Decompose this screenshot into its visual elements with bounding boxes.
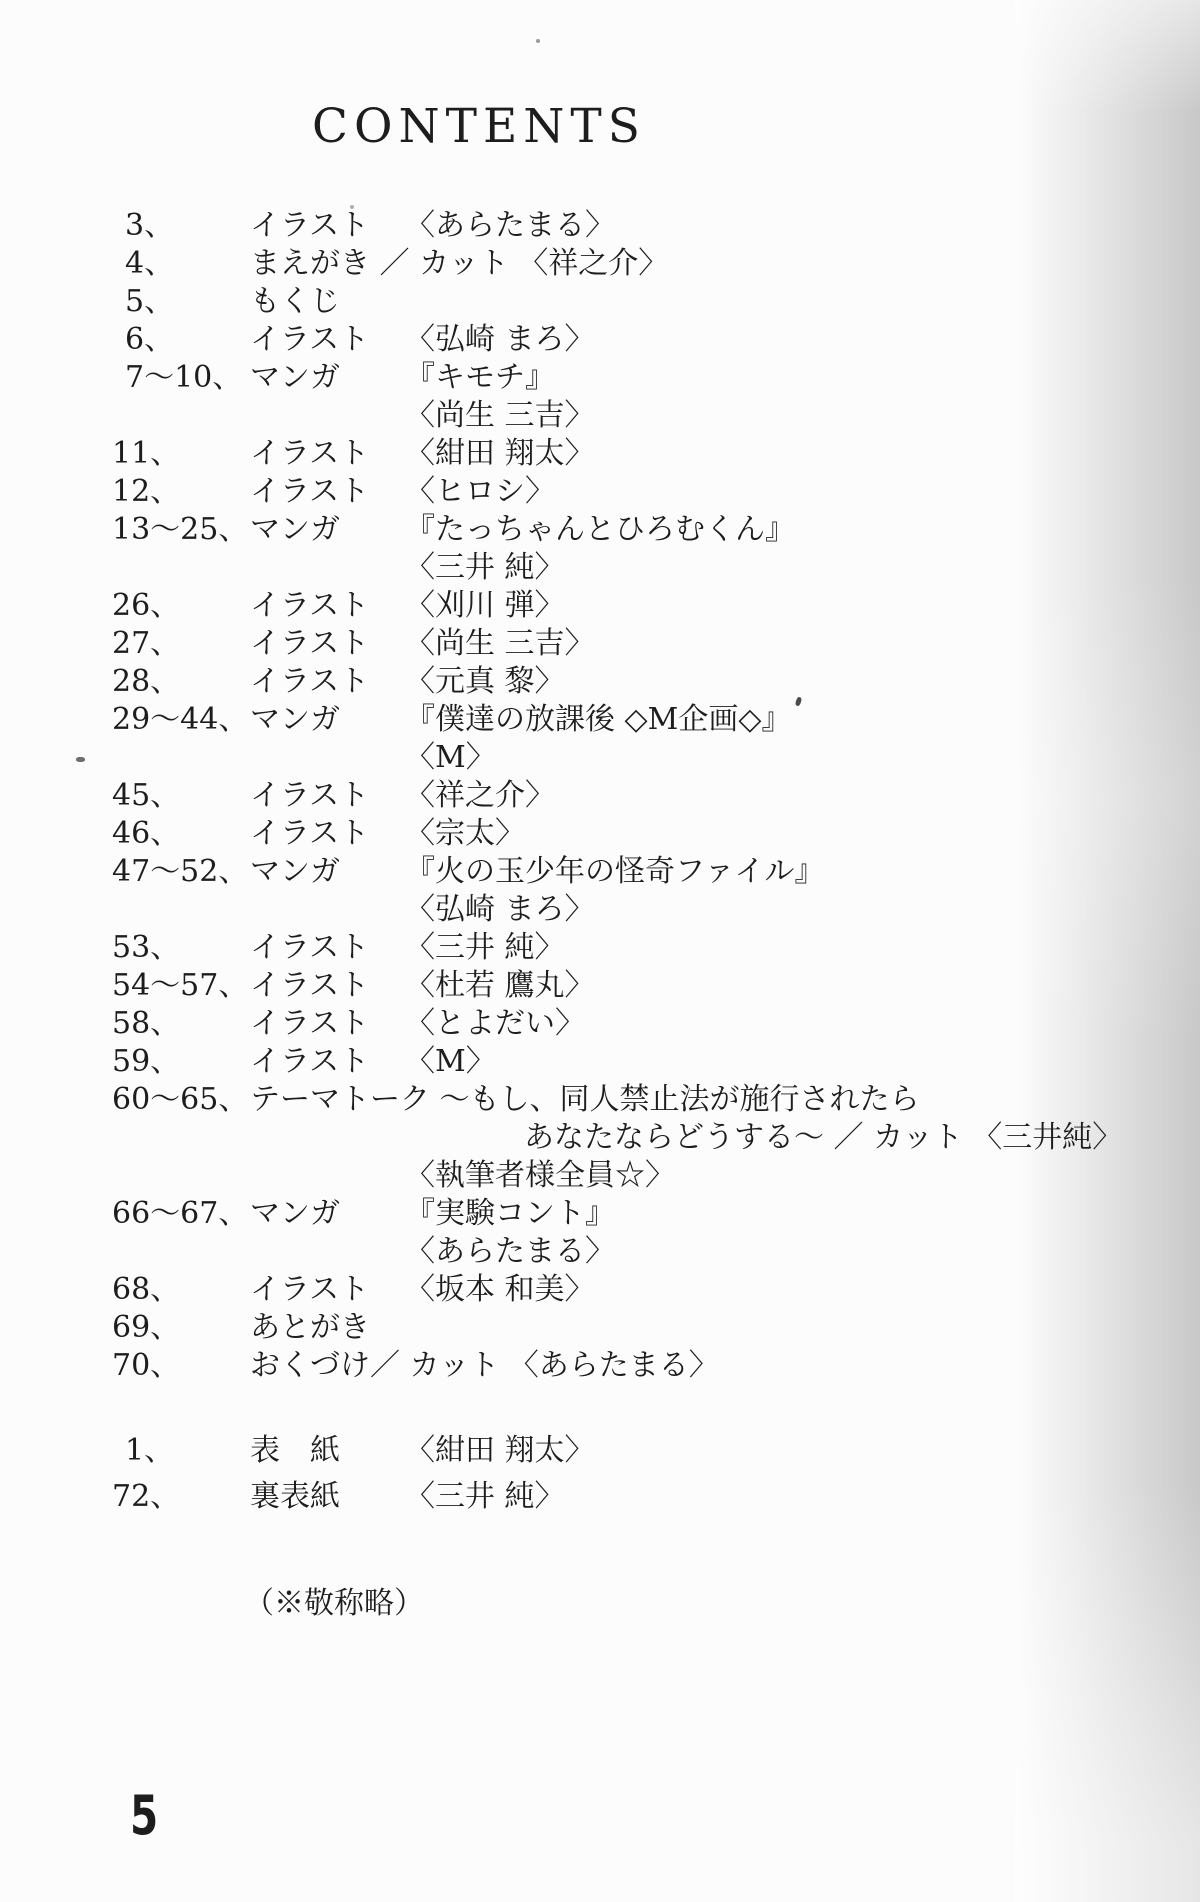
toc-entry-category: イラスト (250, 587, 405, 625)
toc-entry-title: 〈宗太〉 (405, 816, 525, 851)
toc-continuation-text: 〈尚生 三吉〉 (405, 398, 595, 433)
toc-row: 27、イラスト〈尚生 三吉〉 (0, 625, 1200, 663)
toc-entry-title: 〈刈川 弾〉 (405, 588, 565, 623)
toc-entry-category: マンガ (250, 1195, 405, 1233)
toc-entry-category: マンガ (250, 511, 405, 549)
toc-row: 45、イラスト〈祥之介〉 (0, 777, 1200, 815)
toc-entry-number: 6、 (112, 321, 250, 359)
toc-entry-number: 60〜65、 (112, 1081, 250, 1119)
toc-entry-category: マンガ (250, 359, 405, 397)
toc-row: 6、イラスト〈弘崎 まろ〉 (0, 321, 1200, 359)
toc-entry-body: おくづけ／ カット 〈あらたまる〉 (250, 1348, 719, 1383)
toc-entry-category: イラスト (250, 473, 405, 511)
toc-entry-category: イラスト (250, 929, 405, 967)
toc-list: 3、イラスト〈あらたまる〉4、まえがき ／ カット 〈祥之介〉5、もくじ6、イラ… (0, 207, 1200, 1385)
toc-page: CONTENTS 3、イラスト〈あらたまる〉4、まえがき ／ カット 〈祥之介〉… (0, 0, 1200, 1902)
toc-entry-number: 72、 (112, 1474, 250, 1520)
toc-row: 3、イラスト〈あらたまる〉 (0, 207, 1200, 245)
toc-row: 58、イラスト〈とよだい〉 (0, 1005, 1200, 1043)
toc-entry-title: 〈尚生 三吉〉 (405, 626, 595, 661)
toc-entry-title: 『キモチ』 (405, 360, 555, 395)
toc-entry-number: 47〜52、 (112, 853, 250, 891)
toc-row: 66〜67、マンガ『実験コント』 (0, 1195, 1200, 1233)
toc-entry-number: 45、 (112, 777, 250, 815)
toc-entry-title: 〈弘崎 まろ〉 (405, 322, 595, 357)
toc-entry-category: イラスト (250, 1005, 405, 1043)
toc-entry-number: 54〜57、 (112, 967, 250, 1005)
toc-entry-category: イラスト (250, 663, 405, 701)
toc-row: 70、おくづけ／ カット 〈あらたまる〉 (0, 1347, 1200, 1385)
toc-continuation-row: 〈執筆者様全員☆〉 (0, 1157, 1200, 1195)
toc-entry-number: 28、 (112, 663, 250, 701)
toc-row: 29〜44、マンガ『僕達の放課後 ◇M企画◇』 (0, 701, 1200, 739)
toc-row: 69、あとがき (0, 1309, 1200, 1347)
toc-entry-category: マンガ (250, 701, 405, 739)
toc-entry-title: 〈M〉 (405, 1044, 496, 1079)
toc-entry-title: 『僕達の放課後 ◇M企画◇』 (405, 702, 791, 737)
toc-row: 59、イラスト〈M〉 (0, 1043, 1200, 1081)
toc-entry-title: 〈三井 純〉 (405, 1479, 565, 1514)
toc-row: 28、イラスト〈元真 黎〉 (0, 663, 1200, 701)
page-title: CONTENTS (312, 100, 646, 154)
toc-entry-title: 『実験コント』 (405, 1196, 615, 1231)
toc-entry-category: イラスト (250, 435, 405, 473)
toc-entry-number: 13〜25、 (112, 511, 250, 549)
toc-entry-number: 4、 (112, 245, 250, 283)
toc-continuation-row: 〈三井 純〉 (0, 549, 1200, 587)
toc-row: 53、イラスト〈三井 純〉 (0, 929, 1200, 967)
toc-entry-title: 〈紺田 翔太〉 (405, 1433, 595, 1468)
toc-entry-number: 11、 (112, 435, 250, 473)
toc-continuation-row: 〈弘崎 まろ〉 (0, 891, 1200, 929)
toc-entry-category: イラスト (250, 321, 405, 359)
toc-entry-title: 〈あらたまる〉 (405, 208, 615, 243)
toc-entry-title: 〈三井 純〉 (405, 930, 565, 965)
toc-entry-number: 1、 (112, 1428, 250, 1474)
toc-entry-title: 『火の玉少年の怪奇ファイル』 (405, 854, 824, 889)
toc-continuation-text: 〈三井 純〉 (405, 550, 565, 585)
honorifics-note: （※敬称略） (244, 1578, 424, 1622)
toc-entry-number: 66〜67、 (112, 1195, 250, 1233)
toc-entry-title: 〈元真 黎〉 (405, 664, 565, 699)
toc-row: 46、イラスト〈宗太〉 (0, 815, 1200, 853)
toc-entry-body: まえがき ／ カット 〈祥之介〉 (250, 246, 668, 281)
toc-entry-number: 53、 (112, 929, 250, 967)
toc-entry-category: マンガ (250, 853, 405, 891)
toc-row: 54〜57、イラスト〈杜若 鷹丸〉 (0, 967, 1200, 1005)
toc-row: 5、もくじ (0, 283, 1200, 321)
toc-continuation-text: 〈執筆者様全員☆〉 (405, 1158, 675, 1193)
toc-entry-category: イラスト (250, 207, 405, 245)
toc-row: 7〜10、マンガ『キモチ』 (0, 359, 1200, 397)
toc-entry-number: 46、 (112, 815, 250, 853)
toc-entry-number: 27、 (112, 625, 250, 663)
toc-entry-number: 3、 (112, 207, 250, 245)
toc-entry-number: 29〜44、 (112, 701, 250, 739)
toc-entry-category: イラスト (250, 625, 405, 663)
toc-entry-number: 59、 (112, 1043, 250, 1081)
toc-continuation-row: 〈あらたまる〉 (0, 1233, 1200, 1271)
toc-entry-number: 12、 (112, 473, 250, 511)
toc-continuation-row: あなたならどうする〜 ／ カット 〈三井純〉 (0, 1119, 1200, 1157)
toc-entry-title: 〈ヒロシ〉 (405, 474, 555, 509)
toc-continuation-row: 〈尚生 三吉〉 (0, 397, 1200, 435)
toc-entry-category: 裏表紙 (250, 1474, 405, 1520)
toc-row: 4、まえがき ／ カット 〈祥之介〉 (0, 245, 1200, 283)
page-number: 5 (130, 1789, 158, 1843)
toc-row: 1、表 紙〈紺田 翔太〉 (0, 1428, 1200, 1474)
toc-entry-number: 69、 (112, 1309, 250, 1347)
toc-entry-number: 58、 (112, 1005, 250, 1043)
toc-entry-category: イラスト (250, 967, 405, 1005)
toc-entry-title: 〈紺田 翔太〉 (405, 436, 595, 471)
toc-entry-title: 〈坂本 和美〉 (405, 1272, 595, 1307)
toc-row: 12、イラスト〈ヒロシ〉 (0, 473, 1200, 511)
toc-continuation-text: 〈M〉 (405, 740, 496, 775)
toc-entry-category: イラスト (250, 1043, 405, 1081)
toc-entry-body: テーマトーク 〜もし、同人禁止法が施行されたら (250, 1082, 920, 1117)
toc-continuation-text: 〈あらたまる〉 (405, 1234, 615, 1269)
toc-row: 68、イラスト〈坂本 和美〉 (0, 1271, 1200, 1309)
toc-entry-body: もくじ (250, 284, 340, 319)
toc-entry-title: 〈とよだい〉 (405, 1006, 585, 1041)
toc-entry-body: あとがき (250, 1310, 370, 1345)
toc-entry-title: 〈祥之介〉 (405, 778, 555, 813)
toc-continuation-row: 〈M〉 (0, 739, 1200, 777)
toc-cover-list: 1、表 紙〈紺田 翔太〉72、裏表紙〈三井 純〉 (0, 1428, 1200, 1520)
toc-entry-category: イラスト (250, 815, 405, 853)
toc-entry-number: 26、 (112, 587, 250, 625)
toc-continuation-text: あなたならどうする〜 ／ カット 〈三井純〉 (524, 1120, 1122, 1155)
scan-speck (536, 39, 540, 43)
toc-row: 47〜52、マンガ『火の玉少年の怪奇ファイル』 (0, 853, 1200, 891)
toc-entry-number: 7〜10、 (112, 359, 250, 397)
toc-entry-title: 〈杜若 鷹丸〉 (405, 968, 595, 1003)
toc-entry-number: 68、 (112, 1271, 250, 1309)
toc-row: 11、イラスト〈紺田 翔太〉 (0, 435, 1200, 473)
toc-row: 60〜65、テーマトーク 〜もし、同人禁止法が施行されたら (0, 1081, 1200, 1119)
toc-entry-number: 70、 (112, 1347, 250, 1385)
toc-row: 72、裏表紙〈三井 純〉 (0, 1474, 1200, 1520)
toc-row: 26、イラスト〈刈川 弾〉 (0, 587, 1200, 625)
toc-entry-title: 『たっちゃんとひろむくん』 (405, 512, 795, 547)
toc-entry-category: イラスト (250, 777, 405, 815)
toc-continuation-text: 〈弘崎 まろ〉 (405, 892, 595, 927)
toc-entry-number: 5、 (112, 283, 250, 321)
toc-row: 13〜25、マンガ『たっちゃんとひろむくん』 (0, 511, 1200, 549)
toc-entry-category: 表 紙 (250, 1428, 405, 1474)
toc-entry-category: イラスト (250, 1271, 405, 1309)
